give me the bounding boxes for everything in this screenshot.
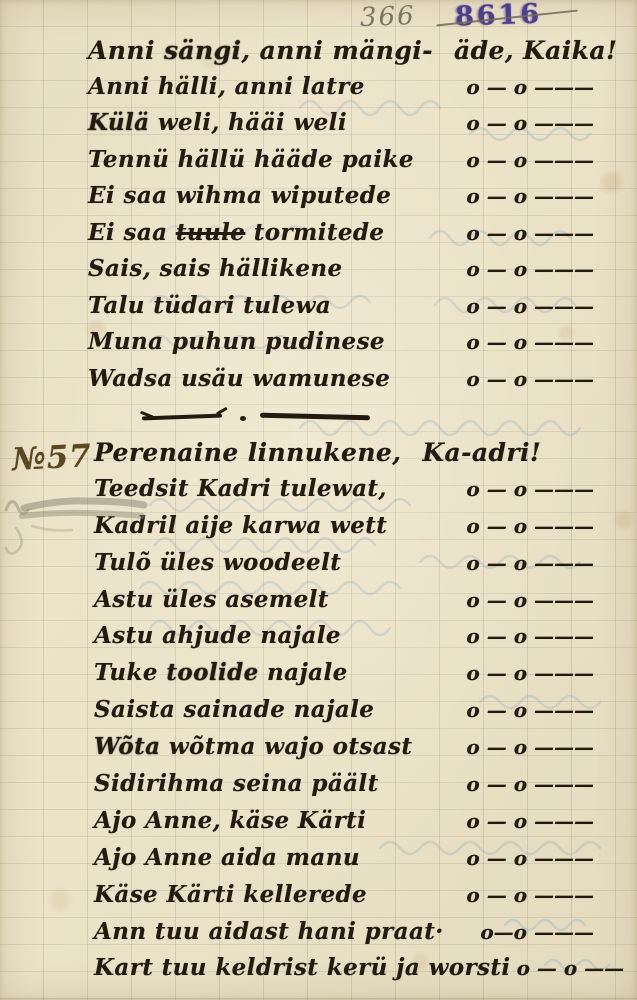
verse-line: Käse Kärti kellerede o — o ——— [94,881,594,918]
verse-text: Wadsa usäu wamunese [88,365,390,392]
song-2-verses: Perenaine linnukene, Ka-adri! Teedsit Ka… [94,438,594,991]
refrain-text: äde, Kaika! [454,36,617,65]
verse-line: Sais, sais hällikene o — o ——— [88,255,594,292]
verse-line: Ajo Anne, käse Kärti o — o ——— [94,807,594,844]
verse-line: Astu ahjude najale o — o ——— [94,622,594,659]
repeat-notation: o — o —— [517,956,625,980]
verse-line: Anni hälli, anni latre o — o ——— [88,73,594,110]
verse-line: Perenaine linnukene, Ka-adri! [94,438,594,475]
verse-line: Anni sängi, anni mängi- äde, Kaika! [88,36,594,73]
verse-text: Sidirihma seina päält [94,770,379,797]
repeat-notation: o — o ——— [466,588,594,612]
verse-text: Ajo Anne aida manu [94,844,360,871]
refrain-text: Ka-adri! [422,438,541,467]
verse-text: Perenaine linnukene, Ka-adri! [94,438,541,467]
verse-text: Anni hälli, anni latre [88,73,365,100]
repeat-notation: o — o ——— [466,257,594,281]
verse-text: Saista sainade najale [94,696,374,723]
page-number-pencil: 366 [359,1,416,33]
verse-line: Astu üles asemelt o — o ——— [94,586,594,623]
verse-line: Muna puhun pudinese o — o ——— [88,328,594,365]
repeat-notation: o — o ——— [466,698,594,722]
repeat-notation: o — o ——— [466,111,594,135]
verse-line: Tuke toolide najale o — o ——— [94,659,594,696]
repeat-notation: o — o ——— [466,735,594,759]
divider-right-stroke [260,413,370,420]
stanza-divider [142,408,382,426]
repeat-notation: o — o ——— [466,551,594,575]
verse-line: Kart tuu keldrist kerü ja worsti o — o —… [94,954,594,991]
verse-line: Külä weli, hääi weli o — o ——— [88,109,594,146]
verse-text: Käse Kärti kellerede [94,881,367,908]
divider-dot [240,416,246,421]
verse-text: Ann tuu aidast hani praat· [94,918,444,945]
verse-line: Ei saa wihma wiputede o — o ——— [88,182,594,219]
repeat-notation: o — o ——— [466,330,594,354]
verse-text: Ajo Anne, käse Kärti [94,807,366,834]
repeat-notation: o — o ——— [466,624,594,648]
repeat-notation: o — o ——— [466,477,594,501]
verse-text: Tuke toolide najale [94,659,348,686]
verse-text: Wõta wõtma wajo otsast [94,733,412,760]
verse-text: Astu üles asemelt [94,586,329,613]
verse-line: Saista sainade najale o — o ——— [94,696,594,733]
verse-text: Tennü hällü hääde paike [88,146,414,173]
song-number-label: №57 [11,438,93,478]
divider-left-stroke [142,414,222,421]
verse-text: Ei saa tuule tormitede [88,219,384,246]
verse-text: Anni sängi, anni mängi- äde, Kaika! [88,36,617,65]
song-1-verses: Anni sängi, anni mängi- äde, Kaika! Anni… [88,36,594,401]
repeat-notation: o — o ——— [466,75,594,99]
verse-text: Külä weli, hääi weli [88,109,347,136]
verse-line: Kadril aije karwa wett o — o ——— [94,512,594,549]
repeat-notation: o — o ——— [466,772,594,796]
repeat-notation: o—o ——— [480,920,594,944]
manuscript-page: 366 8616 Anni sängi, anni mängi- äde, Ka… [0,0,637,1000]
repeat-notation: o — o ——— [466,294,594,318]
verse-text: Muna puhun pudinese [88,328,385,355]
verse-line: Talu tüdari tulewa o — o ——— [88,292,594,329]
repeat-notation: o — o ——— [466,809,594,833]
repeat-notation: o — o ——— [466,148,594,172]
verse-line: Tennü hällü hääde paike o — o ——— [88,146,594,183]
verse-line: Wadsa usäu wamunese o — o ——— [88,365,594,402]
verse-line: Ann tuu aidast hani praat· o—o ——— [94,918,594,955]
verse-text: Astu ahjude najale [94,622,341,649]
repeat-notation: o — o ——— [466,184,594,208]
verse-line: Wõta wõtma wajo otsast o — o ——— [94,733,594,770]
verse-line: Tulõ üles woodeelt o — o ——— [94,549,594,586]
repeat-notation: o — o ——— [466,661,594,685]
repeat-notation: o — o ——— [466,883,594,907]
pencil-scribble-crossed-out [2,486,152,556]
verse-text: Sais, sais hällikene [88,255,343,282]
repeat-notation: o — o ——— [466,367,594,391]
verse-text: Ei saa wihma wiputede [88,182,391,209]
repeat-notation: o — o ——— [466,221,594,245]
verse-text: Talu tüdari tulewa [88,292,331,319]
verse-line: Teedsit Kadri tulewat, o — o ——— [94,475,594,512]
verse-text: Kart tuu keldrist kerü ja worsti [94,954,511,981]
repeat-notation: o — o ——— [466,846,594,870]
verse-line: Ajo Anne aida manu o — o ——— [94,844,594,881]
verse-line: Sidirihma seina päält o — o ——— [94,770,594,807]
repeat-notation: o — o ——— [466,514,594,538]
verse-line: Ei saa tuule tormitede o — o ——— [88,219,594,256]
